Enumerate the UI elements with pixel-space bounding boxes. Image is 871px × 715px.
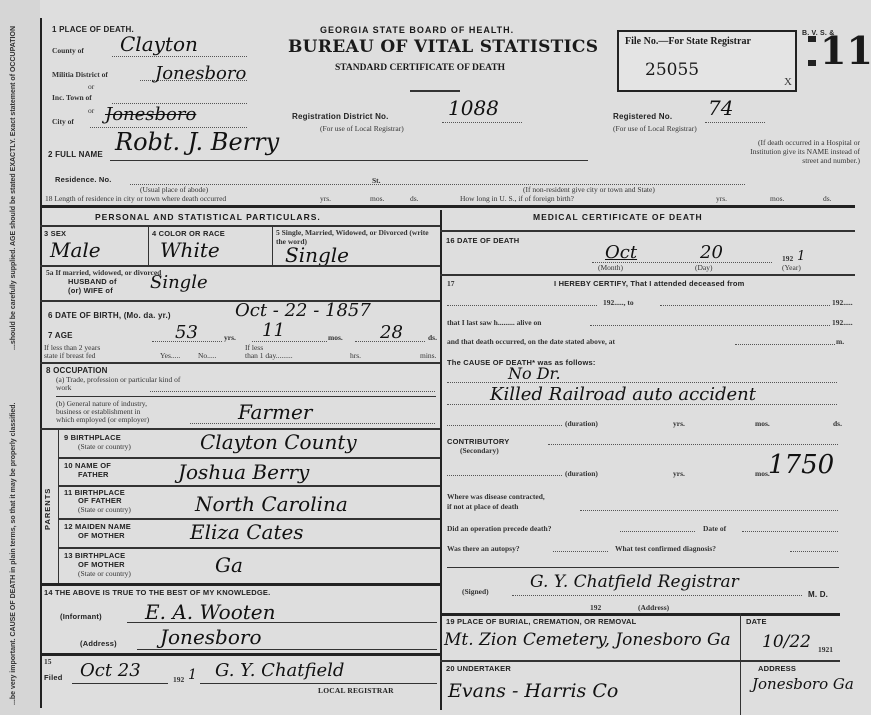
rule (58, 457, 440, 459)
undertaker-label: 20 UNDERTAKER (446, 664, 511, 673)
father-birthplace-label: OF FATHER (78, 496, 122, 505)
county-line (112, 56, 247, 57)
time-unit: m. (836, 337, 844, 346)
occupation-value: Farmer (238, 400, 312, 424)
signed-address-label: (Address) (638, 603, 669, 612)
rule (56, 396, 436, 397)
age-label: 7 AGE (48, 331, 73, 340)
spouse-value: Single (150, 272, 208, 293)
filed-year-value: 1 (188, 667, 197, 683)
local-registrar-label: LOCAL REGISTRAR (318, 686, 394, 695)
residence-st: St. (372, 176, 381, 185)
filed-year-prefix: 192 (173, 675, 184, 684)
dod-year: 1 (797, 249, 805, 264)
burial-label: 19 PLACE OF BURIAL, CREMATION, OR REMOVA… (446, 617, 636, 626)
sex-value: Male (50, 238, 101, 262)
attended-to-label: 192....., to (603, 298, 634, 307)
dob-value: Oct - 22 - 1857 (235, 300, 371, 321)
city-label: City of (52, 117, 74, 126)
ds-unit: ds. (410, 194, 419, 203)
birthplace-label: 9 BIRTHPLACE (64, 433, 121, 442)
rule (440, 274, 855, 276)
center-divider (440, 210, 442, 710)
informant-heading: 14 THE ABOVE IS TRUE TO THE BEST OF MY K… (44, 588, 270, 597)
state-file-box: File No.—For State Registrar 25055 X (617, 30, 797, 92)
age-months: 11 (262, 320, 285, 341)
abode-note: (Usual place of abode) (140, 185, 208, 194)
personal-heading: PERSONAL AND STATISTICAL PARTICULARS. (95, 212, 321, 222)
father-name-label: 10 NAME OF (64, 461, 111, 470)
file-number: 25055 (645, 60, 699, 80)
informant-value: E. A. Wooten (145, 600, 276, 624)
form-code-mark (808, 60, 816, 66)
attended-to-line (660, 305, 830, 306)
or-text: or (88, 106, 94, 115)
wife-label: (or) WIFE of (68, 286, 113, 295)
full-name-line (110, 160, 588, 161)
rule (40, 583, 440, 586)
age-months-line (252, 341, 327, 342)
date-of-label: Date of (703, 524, 726, 533)
registered-line (705, 122, 765, 123)
bureau-title: BUREAU OF VITAL STATISTICS (288, 37, 598, 57)
duration-label: (duration) (565, 419, 598, 428)
color-value: White (160, 238, 220, 262)
duration-line (447, 475, 562, 476)
contributory-line (548, 444, 838, 445)
divider (148, 225, 149, 265)
reg-district-line (442, 122, 522, 123)
undertaker-address-value: Jonesboro Ga (752, 676, 862, 693)
rule (58, 485, 440, 487)
rule (440, 230, 855, 232)
file-mark: X (784, 76, 792, 88)
us-residence-label: How long in U. S., if of foreign birth? (460, 194, 574, 203)
hrs-unit: hrs. (350, 351, 361, 360)
father-name-label: FATHER (78, 470, 109, 479)
operation-line (620, 531, 695, 532)
sex-label: 3 SEX (44, 229, 66, 238)
rule (40, 653, 440, 656)
last-saw-year: 192..... (832, 318, 853, 327)
contracted-label: if not at place of death (447, 502, 518, 511)
ds-unit: ds. (833, 419, 842, 428)
occupation-b-line (190, 423, 435, 424)
burial-value: Mt. Zion Cemetery, Jonesboro Ga (444, 630, 731, 650)
filed-label: Filed (44, 673, 63, 682)
yrs-unit: yrs. (320, 194, 331, 203)
certify-number: 17 (447, 279, 455, 288)
divider (272, 225, 273, 265)
signed-label: (Signed) (462, 587, 489, 596)
filed-date-line (72, 683, 168, 684)
marital-value: Single (285, 243, 349, 267)
reg-district-value: 1088 (448, 96, 499, 120)
mins-unit: mins. (420, 351, 436, 360)
rule (447, 567, 839, 568)
test-line (790, 551, 838, 552)
ds-unit: ds. (823, 194, 832, 203)
yrs-unit: yrs. (716, 194, 727, 203)
signed-line (512, 595, 802, 596)
last-saw-line (590, 325, 830, 326)
rule (40, 362, 440, 364)
breast-fed-label: state if breast fed (44, 351, 95, 360)
cause-line-1-value: No Dr. (508, 364, 561, 383)
instruction-margin (0, 0, 40, 715)
mother-birthplace-label: 13 BIRTHPLACE (64, 551, 125, 560)
length-residence-label: 18 Length of residence in city or town w… (45, 194, 226, 203)
duration-line (447, 425, 562, 426)
operation-label: Did an operation precede death? (447, 524, 551, 533)
color-label: 4 COLOR OR RACE (152, 229, 225, 238)
rule (58, 547, 440, 549)
age-years: 53 (175, 322, 198, 343)
title-rule (410, 90, 460, 92)
filed-registrar-value: G. Y. Chatfield (215, 660, 344, 681)
birthplace-sub: (State or country) (78, 442, 131, 451)
filed-date-value: Oct 23 (80, 660, 141, 681)
dod-year-prefix: 192 (782, 254, 793, 263)
registered-value: 74 (708, 96, 733, 120)
cause-line-1 (447, 382, 837, 383)
day-note: (Day) (695, 263, 713, 272)
ds-unit: ds. (428, 333, 437, 342)
dod-month: Oct (605, 242, 637, 263)
undertaker-value: Evans - Harris Co (448, 680, 618, 702)
father-birthplace-value: North Carolina (195, 492, 348, 516)
county-label: County of (52, 46, 84, 55)
rule (440, 660, 840, 662)
form-code-mark (808, 36, 816, 42)
parents-side-label: PARENTS (43, 488, 52, 530)
registered-note: (For use of Local Registrar) (613, 124, 697, 133)
occupation-a-label: (a) Trade, profession or particular kind… (56, 376, 196, 392)
reg-district-label: Registration District No. (292, 112, 389, 121)
attended-from-line (447, 305, 597, 306)
full-name-value: Robt. J. Berry (115, 128, 279, 156)
yrs-unit: yrs. (673, 469, 685, 478)
margin-code-value: 1750 (768, 450, 834, 480)
margin-note-top: ...should be carefully supplied. AGE sho… (10, 10, 17, 350)
informant-label: (Informant) (60, 612, 102, 621)
death-time-line (735, 344, 835, 345)
occupation-label: 8 OCCUPATION (46, 366, 108, 375)
date-of-line (742, 531, 838, 532)
burial-date-divider (740, 613, 741, 715)
contributory-sub: (Secondary) (460, 446, 499, 455)
or-text: or (88, 82, 94, 91)
militia-label: Militia District of (52, 70, 108, 79)
mother-name-label: OF MOTHER (78, 531, 125, 540)
yes-label: Yes..... (160, 351, 180, 360)
mother-name-value: Eliza Cates (190, 520, 304, 544)
dob-label: 6 DATE OF BIRTH, (Mo. da. yr.) (48, 311, 171, 320)
autopsy-label: Was there an autopsy? (447, 544, 520, 553)
rule (40, 265, 440, 267)
birthplace-value: Clayton County (200, 430, 357, 454)
lessday-label: than 1 day......... (245, 351, 293, 360)
autopsy-line (553, 551, 608, 552)
death-occurred-label: and that death occurred, on the date sta… (447, 337, 615, 346)
month-note: (Month) (598, 263, 623, 272)
signed-year-prefix: 192 (590, 603, 601, 612)
undertaker-address-label: ADDRESS (758, 664, 796, 673)
form-code-large: 11 (820, 32, 871, 70)
nonresident-note: (If non-resident give city or town and S… (523, 185, 655, 194)
city-value: Jonesboro (105, 104, 196, 125)
board-title: GEORGIA STATE BOARD OF HEALTH. (320, 25, 514, 35)
rule (440, 613, 840, 616)
burial-date-value: 10/22 (762, 632, 811, 652)
informant-address-label: (Address) (80, 639, 117, 648)
duration-label: (duration) (565, 469, 598, 478)
contributory-label: CONTRIBUTORY (447, 437, 509, 446)
mother-birthplace-value: Ga (215, 553, 243, 577)
spouse-label: 5a If married, widowed, or divorced (46, 268, 161, 277)
mos-unit: mos. (370, 194, 384, 203)
mos-unit: mos. (328, 333, 343, 342)
informant-address-line (137, 649, 437, 650)
dod-day: 20 (700, 242, 723, 263)
father-name-value: Joshua Berry (178, 460, 309, 484)
mos-unit: mos. (755, 419, 770, 428)
dod-label: 16 DATE OF DEATH (446, 236, 519, 245)
md-label: M. D. (808, 590, 828, 599)
father-birthplace-sub: (State or country) (78, 505, 131, 514)
last-saw-label: that I last saw h......... alive on (447, 318, 541, 327)
mos-unit: mos. (770, 194, 784, 203)
contracted-label: Where was disease contracted, (447, 492, 545, 501)
burial-date-year: 1921 (818, 645, 833, 654)
test-label: What test confirmed diagnosis? (615, 544, 716, 553)
burial-date-label: DATE (746, 617, 767, 626)
mother-birthplace-sub: (State or country) (78, 569, 131, 578)
parents-divider (58, 428, 59, 583)
mother-name-label: 12 MAIDEN NAME (64, 522, 131, 531)
hospital-note: (If death occurred in a Hospital or Inst… (750, 138, 860, 165)
reg-district-note: (For use of Local Registrar) (320, 124, 404, 133)
occupation-b-label: which employed (or employer) (56, 415, 149, 424)
county-value: Clayton (120, 32, 198, 56)
yrs-unit: yrs. (673, 419, 685, 428)
no-label: No..... (198, 351, 217, 360)
form-title: STANDARD CERTIFICATE OF DEATH (335, 63, 505, 73)
registrar-line (200, 683, 437, 684)
occupation-a-line (150, 391, 435, 392)
full-name-label: 2 FULL NAME (48, 150, 103, 159)
yrs-unit: yrs. (224, 333, 236, 342)
mother-birthplace-label: OF MOTHER (78, 560, 125, 569)
certify-text: I HEREBY CERTIFY, That I attended deceas… (554, 279, 745, 288)
medical-heading: MEDICAL CERTIFICATE OF DEATH (533, 212, 703, 222)
attended-year: 192..... (832, 298, 853, 307)
inc-town-label: Inc. Town of (52, 93, 92, 102)
year-note: (Year) (782, 263, 801, 272)
section-rule (40, 205, 855, 208)
informant-address-value: Jonesboro (160, 625, 261, 649)
rule (40, 225, 440, 227)
residence-label: Residence. No. (55, 175, 112, 184)
husband-label: HUSBAND of (68, 277, 117, 286)
file-box-label: File No.—For State Registrar (625, 36, 751, 47)
filed-number: 15 (44, 657, 52, 666)
registered-label: Registered No. (613, 112, 672, 121)
militia-value: Jonesboro (155, 63, 246, 84)
margin-note-bottom: ...be very important. CAUSE OF DEATH in … (10, 365, 17, 705)
signed-value: G. Y. Chatfield Registrar (530, 572, 739, 592)
age-days: 28 (380, 322, 403, 343)
contracted-line (580, 510, 838, 511)
death-certificate: ...should be carefully supplied. AGE sho… (0, 0, 871, 715)
cause-line-2-value: Killed Railroad auto accident (490, 384, 756, 405)
